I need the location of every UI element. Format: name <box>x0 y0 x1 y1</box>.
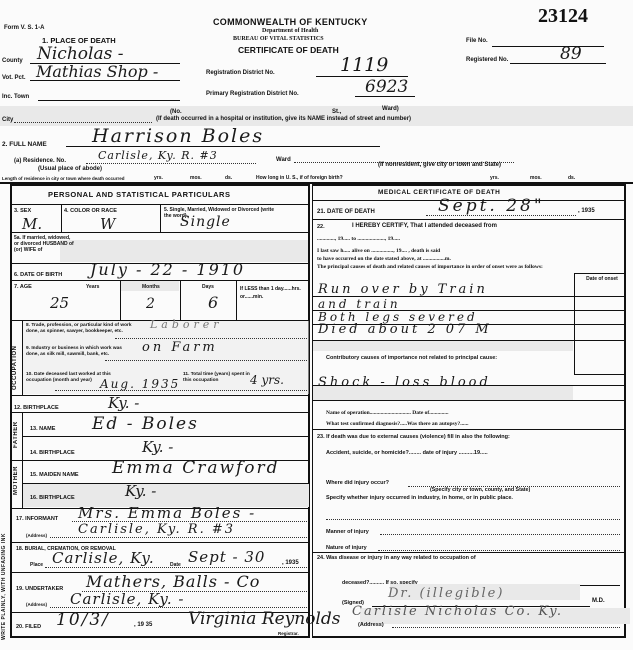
margin-note: WRITE PLAINLY, WITH UNFADING INK <box>1 440 7 640</box>
divider <box>236 280 237 320</box>
certificate-title: CERTIFICATE OF DEATH <box>238 45 339 55</box>
trade-line <box>115 338 307 339</box>
last-worked-value: Aug. 1935 <box>100 377 180 391</box>
manner-line <box>380 534 620 535</box>
contributory-label: Contributory causes of importance not re… <box>326 355 566 362</box>
total-time-label: 11. Total time (years) spent in this occ… <box>183 372 258 383</box>
county-label: County <box>2 58 23 64</box>
specify-injury-line <box>326 519 620 520</box>
mother-name: Emma Crawford <box>112 458 280 478</box>
divider <box>61 204 62 232</box>
last-worked-line <box>55 390 307 391</box>
total-time-value: 4 yrs. <box>250 373 284 387</box>
birthplace-value: Ky. - <box>108 394 139 412</box>
informant-address-line <box>50 537 307 538</box>
external-causes-label: 23. If death was due to external causes … <box>317 434 622 441</box>
department: Department of Health <box>262 28 318 34</box>
age-days: 6 <box>208 293 218 312</box>
divider <box>312 552 626 553</box>
burial-date: Sept - 30 <box>188 548 265 566</box>
principal-causes-label: The principal causes of death and relate… <box>317 264 617 271</box>
inc-town-line <box>38 100 180 101</box>
sex-label: 3. SEX <box>14 208 31 214</box>
burial-place: Carlisle, Ky. <box>52 549 155 567</box>
sex-value: M. <box>22 215 42 233</box>
undertaker-label: 19. UNDERTAKER <box>16 586 63 592</box>
ds-label: ds. <box>225 175 232 181</box>
mother-side-label: MOTHER <box>13 463 19 495</box>
filed-value: 10/3/ <box>56 610 110 630</box>
divider <box>160 204 161 232</box>
industry-line <box>105 360 307 361</box>
months-label: Months <box>142 284 160 290</box>
residence-label: (a) Residence. No. <box>14 158 66 164</box>
usual-place: (Usual place of abode) <box>38 166 102 172</box>
dod-label: 21. DATE OF DEATH <box>317 209 375 215</box>
undertaker-address-line <box>50 607 307 608</box>
father-name: Ed - Boles <box>92 414 199 434</box>
foreign-birth-label: How long in U. S., if of foreign birth? <box>256 175 343 181</box>
divider <box>312 429 626 430</box>
md-label: M.D. <box>592 598 605 604</box>
certify-number: 22. <box>317 224 325 230</box>
st-label: St., <box>332 109 341 115</box>
primary-registration-label: Primary Registration District No. <box>206 91 299 97</box>
color-value: W <box>100 215 115 233</box>
days-label: Days <box>202 284 214 290</box>
filed-label: 20. FILED <box>16 624 41 630</box>
full-name-line <box>66 146 380 147</box>
inc-town-label: Inc. Town <box>2 94 29 100</box>
city-label: City <box>2 117 13 123</box>
informant-value: Mrs. Emma Boles - <box>78 504 256 522</box>
file-no-label: File No. <box>466 38 488 44</box>
vot-pct-label: Vot. Pct. <box>2 75 26 81</box>
primary-registration: 6923 <box>365 77 408 97</box>
cause-1: Run over by Train <box>318 282 488 297</box>
ds-label-2: ds. <box>568 175 575 181</box>
certify-text: I HEREBY CERTIFY, That I attended deceas… <box>352 223 497 229</box>
file-no-line <box>492 46 604 47</box>
filed-year: , 19 35 <box>134 622 152 628</box>
divider <box>10 395 310 396</box>
nonresident-note: (If nonresident, give city or town and S… <box>378 162 501 168</box>
dob-value: July - 22 - 1910 <box>90 260 245 279</box>
undertaker-value: Mathers, Balls - Co <box>86 572 260 591</box>
divider <box>10 232 310 233</box>
spouse-label: 5a. If married, widowed, or divorced HUS… <box>14 235 74 253</box>
registered-no: 89 <box>560 44 582 64</box>
form-id: Form V. S. 1-A <box>4 25 44 31</box>
address-line <box>392 627 620 628</box>
specify-injury-label: Specify whether injury occurred in indus… <box>326 495 621 502</box>
occupation-side-label: OCCUPATION <box>12 335 18 390</box>
full-name-label: 2. FULL NAME <box>2 141 47 148</box>
length-of-residence-label: Length of residence in city or town wher… <box>2 176 125 181</box>
dod-line <box>426 215 576 216</box>
divider <box>180 280 181 320</box>
divider <box>10 412 310 413</box>
years-label: Years <box>86 284 99 290</box>
birthplace-label: 12. BIRTHPLACE <box>14 405 59 411</box>
mos-label-2: mos. <box>530 175 542 181</box>
diagnosis-label: What test confirmed diagnosis?.....Was t… <box>326 421 468 427</box>
registrar-label: Registrar. <box>278 631 299 636</box>
occupation-question: 24. Was disease or injury in any way rel… <box>317 555 476 561</box>
shade-band <box>313 341 573 351</box>
medical-heading: MEDICAL CERTIFICATE OF DEATH <box>378 189 500 196</box>
registration-district: 1119 <box>340 54 388 76</box>
yrs-label-2: yrs. <box>490 175 499 181</box>
father-birthplace: Ky. - <box>142 438 173 456</box>
shade-band <box>313 386 573 400</box>
marital-value: Single <box>180 214 231 230</box>
divider <box>22 436 310 437</box>
address-label: (Address) <box>358 622 384 628</box>
yrs-label: yrs. <box>154 175 163 181</box>
age-months: 2 <box>146 296 155 312</box>
state-title: COMMONWEALTH OF KENTUCKY <box>213 17 368 27</box>
registered-no-line <box>510 63 606 64</box>
primary-registration-line <box>355 96 415 97</box>
occurred-text: to have occurred on the date stated abov… <box>317 256 451 262</box>
dod-year: , 1935 <box>578 208 595 214</box>
vot-pct-line <box>30 80 180 81</box>
age-label: 7. AGE <box>14 284 32 290</box>
date-of-onset-label: Date of onset <box>582 276 622 282</box>
operation-label: Name of operation.......................… <box>326 410 449 416</box>
undertaker-address-label: (Address) <box>26 602 47 607</box>
less-than-day-label: If LESS than 1 day......hrs. or......min… <box>240 285 302 301</box>
undertaker-address: Carlisle, Ky. - <box>70 590 184 608</box>
residence-value: Carlisle, Ky. R. #3 <box>98 149 218 162</box>
dod-value: Sept. 28" <box>438 196 545 216</box>
accident-label: Accident, suicide, or homicide?........ … <box>326 450 488 456</box>
stamp-number: 23124 <box>538 5 588 28</box>
age-years: 25 <box>50 294 69 312</box>
last-saw-text: I last saw h..... alive on .............… <box>317 248 440 254</box>
residence-line <box>86 163 256 164</box>
mother-birthplace-label: 16. BIRTHPLACE <box>30 495 75 501</box>
shade-band <box>60 240 308 262</box>
ward-label-2: Ward <box>276 157 291 163</box>
personal-heading: PERSONAL AND STATISTICAL PARTICULARS <box>48 190 230 199</box>
dob-label: 6. DATE OF BIRTH <box>14 272 62 278</box>
manner-label: Manner of injury <box>326 529 369 535</box>
burial-year: , 1935 <box>282 560 299 566</box>
industry-label: 9. Industry or business in which work wa… <box>26 346 136 357</box>
burial-line <box>45 567 307 568</box>
father-name-label: 13. NAME <box>30 426 55 432</box>
no-label: (No. <box>170 109 182 115</box>
physician-signature: Dr. (illegible) <box>388 586 504 601</box>
mos-label: mos. <box>190 175 202 181</box>
county-value: Nicholas - <box>37 44 123 64</box>
divider <box>10 542 310 543</box>
informant-label: 17. INFORMANT <box>16 516 58 522</box>
hospital-note: (If death occurred in a hospital or inst… <box>156 116 411 122</box>
color-label: 4. COLOR OR RACE <box>64 208 117 214</box>
nature-line <box>378 550 620 551</box>
father-side-label: FATHER <box>13 416 19 448</box>
city-line <box>14 122 152 123</box>
cause-2: and train <box>318 297 401 311</box>
informant-address: Carlisle, Ky. R. #3 <box>78 522 235 537</box>
bureau: BUREAU OF VITAL STATISTICS <box>233 36 324 42</box>
father-birthplace-label: 14. BIRTHPLACE <box>30 450 75 456</box>
nature-label: Nature of injury <box>326 545 367 551</box>
where-injury-note: (Specify city or town, county, and State… <box>430 487 530 493</box>
divider <box>312 400 626 401</box>
informant-address-label: (Address) <box>26 533 47 538</box>
full-name: Harrison Boles <box>92 125 264 147</box>
industry-value: on Farm <box>142 340 218 355</box>
physician-address: Carlisle Nicholas Co. Ky. <box>352 604 563 619</box>
mother-name-label: 15. MAIDEN NAME <box>30 472 79 478</box>
death-certificate: Form V. S. 1-A 1. PLACE OF DEATH COMMONW… <box>0 0 633 650</box>
burial-place-label: Place <box>30 562 43 568</box>
ward-label: Ward) <box>382 106 399 112</box>
registered-no-label: Registered No. <box>466 57 508 63</box>
trade-value: Laborer <box>150 318 223 331</box>
where-injury-label: Where did injury occur? <box>326 480 389 486</box>
cause-4: Died about 2 07 M <box>318 322 492 337</box>
divider <box>312 219 626 220</box>
certify-dates: ............., 19..... to ..............… <box>317 236 400 242</box>
vot-pct-value: Mathias Shop - <box>36 62 158 81</box>
registration-district-label: Registration District No. <box>206 70 275 76</box>
trade-label: 8. Trade, profession, or particular kind… <box>26 323 136 334</box>
mother-birthplace: Ky. - <box>125 482 156 500</box>
